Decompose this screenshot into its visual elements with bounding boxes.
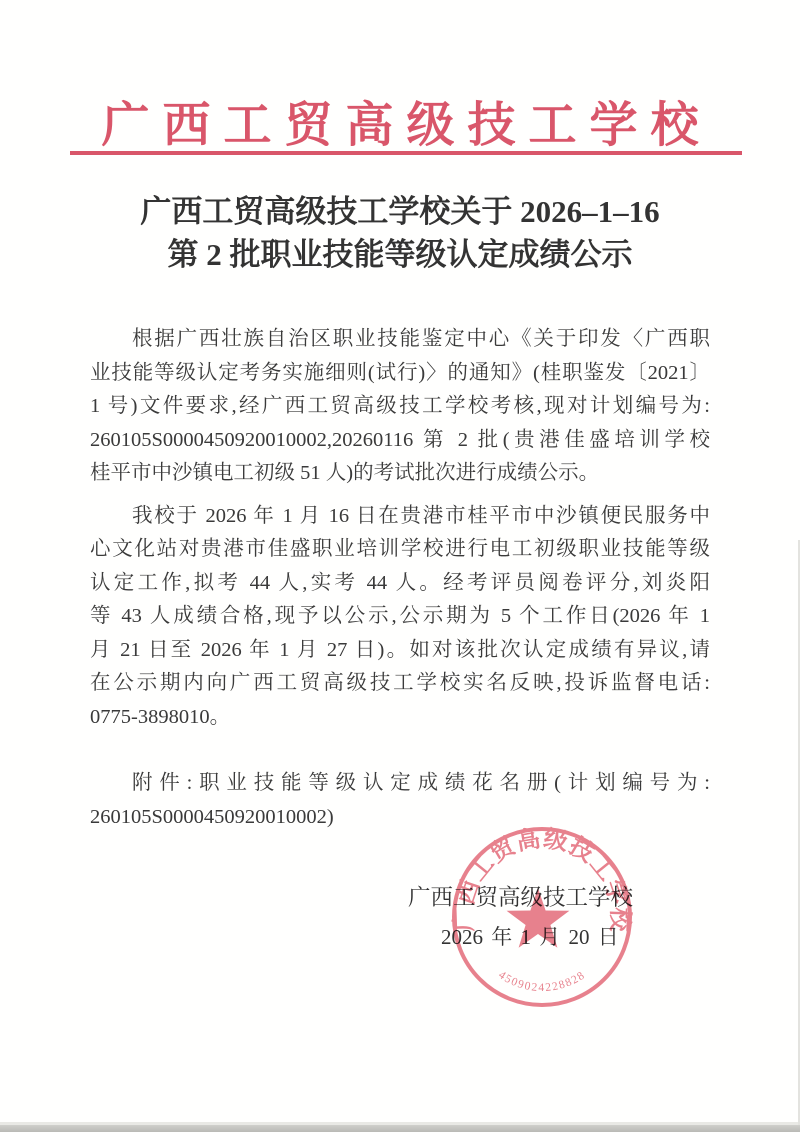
body-line: 月 21 日至 2026 年 1 月 27 日)。如对该批次认定成绩有异议,请 [90, 634, 710, 668]
body-line: 桂平市中沙镇电工初级 51 人)的考试批次进行成绩公示。 [90, 457, 710, 491]
document-title: 广西工贸高级技工学校关于 2026–1–16 第 2 批职业技能等级认定成绩公示 [0, 190, 800, 276]
body-line: 根据广西壮族自治区职业技能鉴定中心《关于印发〈广西职 [90, 323, 710, 357]
official-seal: 广西工贸高级技工学校 4509024228828 [448, 823, 636, 1011]
scanned-notice-page: 广西工贸高级技工学校 广西工贸高级技工学校关于 2026–1–16 第 2 批职… [0, 0, 800, 1132]
body-line: 我校于 2026 年 1 月 16 日在贵港市桂平市中沙镇便民服务中 [90, 500, 710, 534]
seal-code-text: 4509024228828 [496, 969, 588, 994]
title-line-2: 第 2 批职业技能等级认定成绩公示 [0, 233, 800, 276]
body-line: 260105S0000450920010002,20260116 第 2 批(贵… [90, 424, 710, 458]
body-line: 业技能等级认定考务实施细则(试行)〉的通知》(桂职鉴发〔2021〕 [90, 357, 710, 391]
seal-star-icon [507, 888, 570, 948]
notice-body: 根据广西壮族自治区职业技能鉴定中心《关于印发〈广西职 业技能等级认定考务实施细则… [90, 323, 710, 834]
title-line-1: 广西工贸高级技工学校关于 2026–1–16 [0, 190, 800, 233]
paragraph-1: 根据广西壮族自治区职业技能鉴定中心《关于印发〈广西职 业技能等级认定考务实施细则… [90, 323, 710, 491]
body-line: 在公示期内向广西工贸高级技工学校实名反映,投诉监督电话: [90, 667, 710, 701]
attachment-line: 附件:职业技能等级认定成绩花名册(计划编号为: [90, 767, 710, 801]
masthead-divider-rule [70, 151, 742, 155]
body-line: 认定工作,拟考 44 人,实考 44 人。经考评员阅卷评分,刘炎阳 [90, 567, 710, 601]
scan-edge-shadow [0, 1125, 800, 1132]
body-line: 心文化站对贵港市佳盛职业培训学校进行电工初级职业技能等级 [90, 533, 710, 567]
body-line: 1 号)文件要求,经广西工贸高级技工学校考核,现对计划编号为: [90, 390, 710, 424]
body-line: 0775-3898010。 [90, 701, 710, 735]
school-masthead-title: 广西工贸高级技工学校 [0, 86, 800, 155]
body-line: 等 43 人成绩合格,现予以公示,公示期为 5 个工作日(2026 年 1 [90, 600, 710, 634]
paragraph-2: 我校于 2026 年 1 月 16 日在贵港市桂平市中沙镇便民服务中 心文化站对… [90, 500, 710, 735]
